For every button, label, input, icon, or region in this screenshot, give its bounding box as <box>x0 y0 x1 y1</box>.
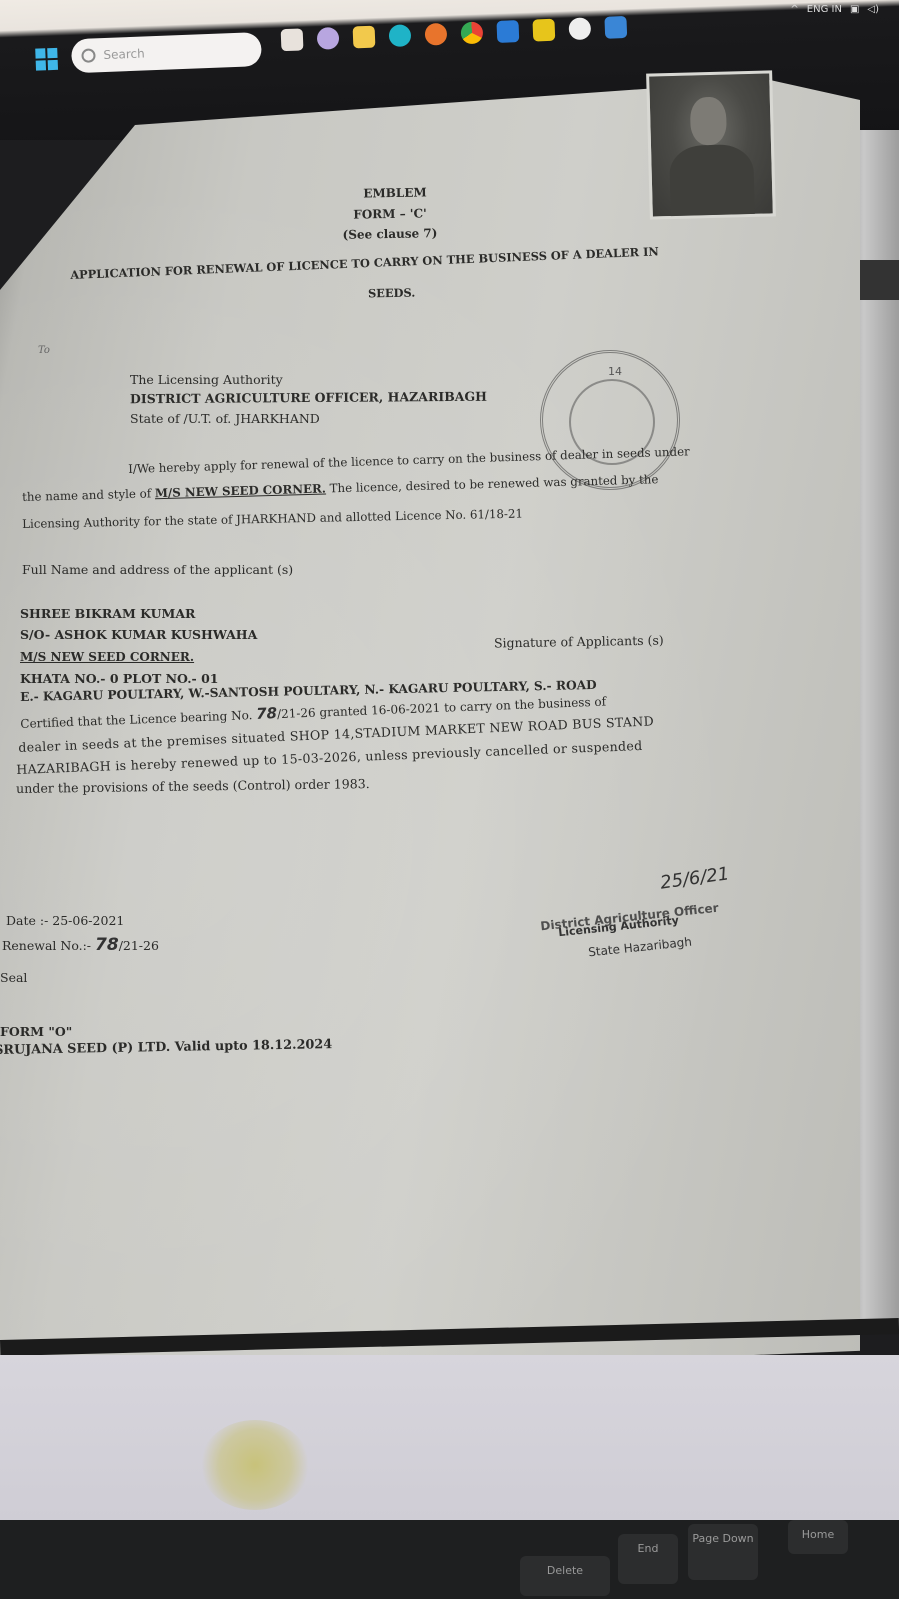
addressee-line2: DISTRICT AGRICULTURE OFFICER, HAZARIBAGH <box>130 389 487 406</box>
pencil-app-icon[interactable] <box>532 19 555 42</box>
taskbar-search-input[interactable]: Search <box>71 32 262 73</box>
addressee-line1: The Licensing Authority <box>130 372 283 387</box>
edge-icon[interactable] <box>389 24 412 47</box>
system-tray: ^ ENG IN ▣ ◁) <box>790 4 879 15</box>
network-icon[interactable]: ▣ <box>850 4 859 15</box>
document-title-cont: SEEDS. <box>368 286 416 301</box>
chrome-icon[interactable] <box>461 21 484 44</box>
applicant-firm: M/S NEW SEED CORNER. <box>20 650 194 664</box>
stain-mark <box>200 1420 310 1510</box>
applicant-name: SHREE BIKRAM KUMAR <box>20 606 195 621</box>
search-icon <box>81 48 96 63</box>
firefox-icon[interactable] <box>425 23 448 46</box>
clause-label: (See clause 7) <box>325 226 455 242</box>
app-icon[interactable] <box>604 16 627 39</box>
to-label: To <box>38 345 50 356</box>
file-icon[interactable] <box>281 28 304 51</box>
key-delete[interactable]: Delete <box>520 1556 610 1596</box>
licence-number-handwritten: 78 <box>256 704 278 723</box>
form-label: FORM – 'C' <box>330 206 450 222</box>
key-home[interactable]: Home <box>788 1520 848 1554</box>
volume-icon[interactable]: ◁) <box>867 4 879 15</box>
outlook-icon[interactable] <box>496 20 519 43</box>
renewal-suffix: /21-26 <box>119 938 159 953</box>
applicant-relation: S/O- ASHOK KUMAR KUSHWAHA <box>20 627 257 642</box>
chevron-up-icon[interactable]: ^ <box>790 4 798 15</box>
key-end[interactable]: End <box>618 1534 678 1584</box>
applicant-heading: Full Name and address of the applicant (… <box>22 562 293 577</box>
folder-icon[interactable] <box>353 26 376 49</box>
signature-label: Signature of Applicants (s) <box>494 633 664 651</box>
official-seal: 14 <box>540 350 680 490</box>
language-indicator[interactable]: ENG IN <box>807 4 842 15</box>
renewal-number-handwritten: 78 <box>95 935 119 955</box>
seal-label: Seal <box>0 970 27 985</box>
windows-start-icon[interactable] <box>35 48 58 71</box>
lower-paper-sheet <box>0 1355 899 1520</box>
search-placeholder: Search <box>103 46 145 62</box>
emblem-label: EMBLEM <box>340 185 450 201</box>
form-o-label: FORM "O" <box>0 1024 72 1039</box>
applicant-photo <box>646 70 776 219</box>
addressee-line3: State of /U.T. of. JHARKHAND <box>130 411 320 426</box>
app-icon[interactable] <box>317 27 340 50</box>
seal-number: 14 <box>608 365 622 378</box>
applicant-khata: KHATA NO.- 0 PLOT NO.- 01 <box>20 671 218 686</box>
app-icon[interactable] <box>568 17 591 40</box>
taskbar-apps <box>281 16 628 51</box>
renewal-label: Renewal No.:- <box>2 938 95 953</box>
keyboard: Delete End Page Down Home <box>0 1520 899 1599</box>
issue-date: Date :- 25-06-2021 <box>6 913 124 928</box>
renewal-number: Renewal No.:- 78/21-26 <box>2 935 159 955</box>
key-page-down[interactable]: Page Down <box>688 1524 758 1580</box>
